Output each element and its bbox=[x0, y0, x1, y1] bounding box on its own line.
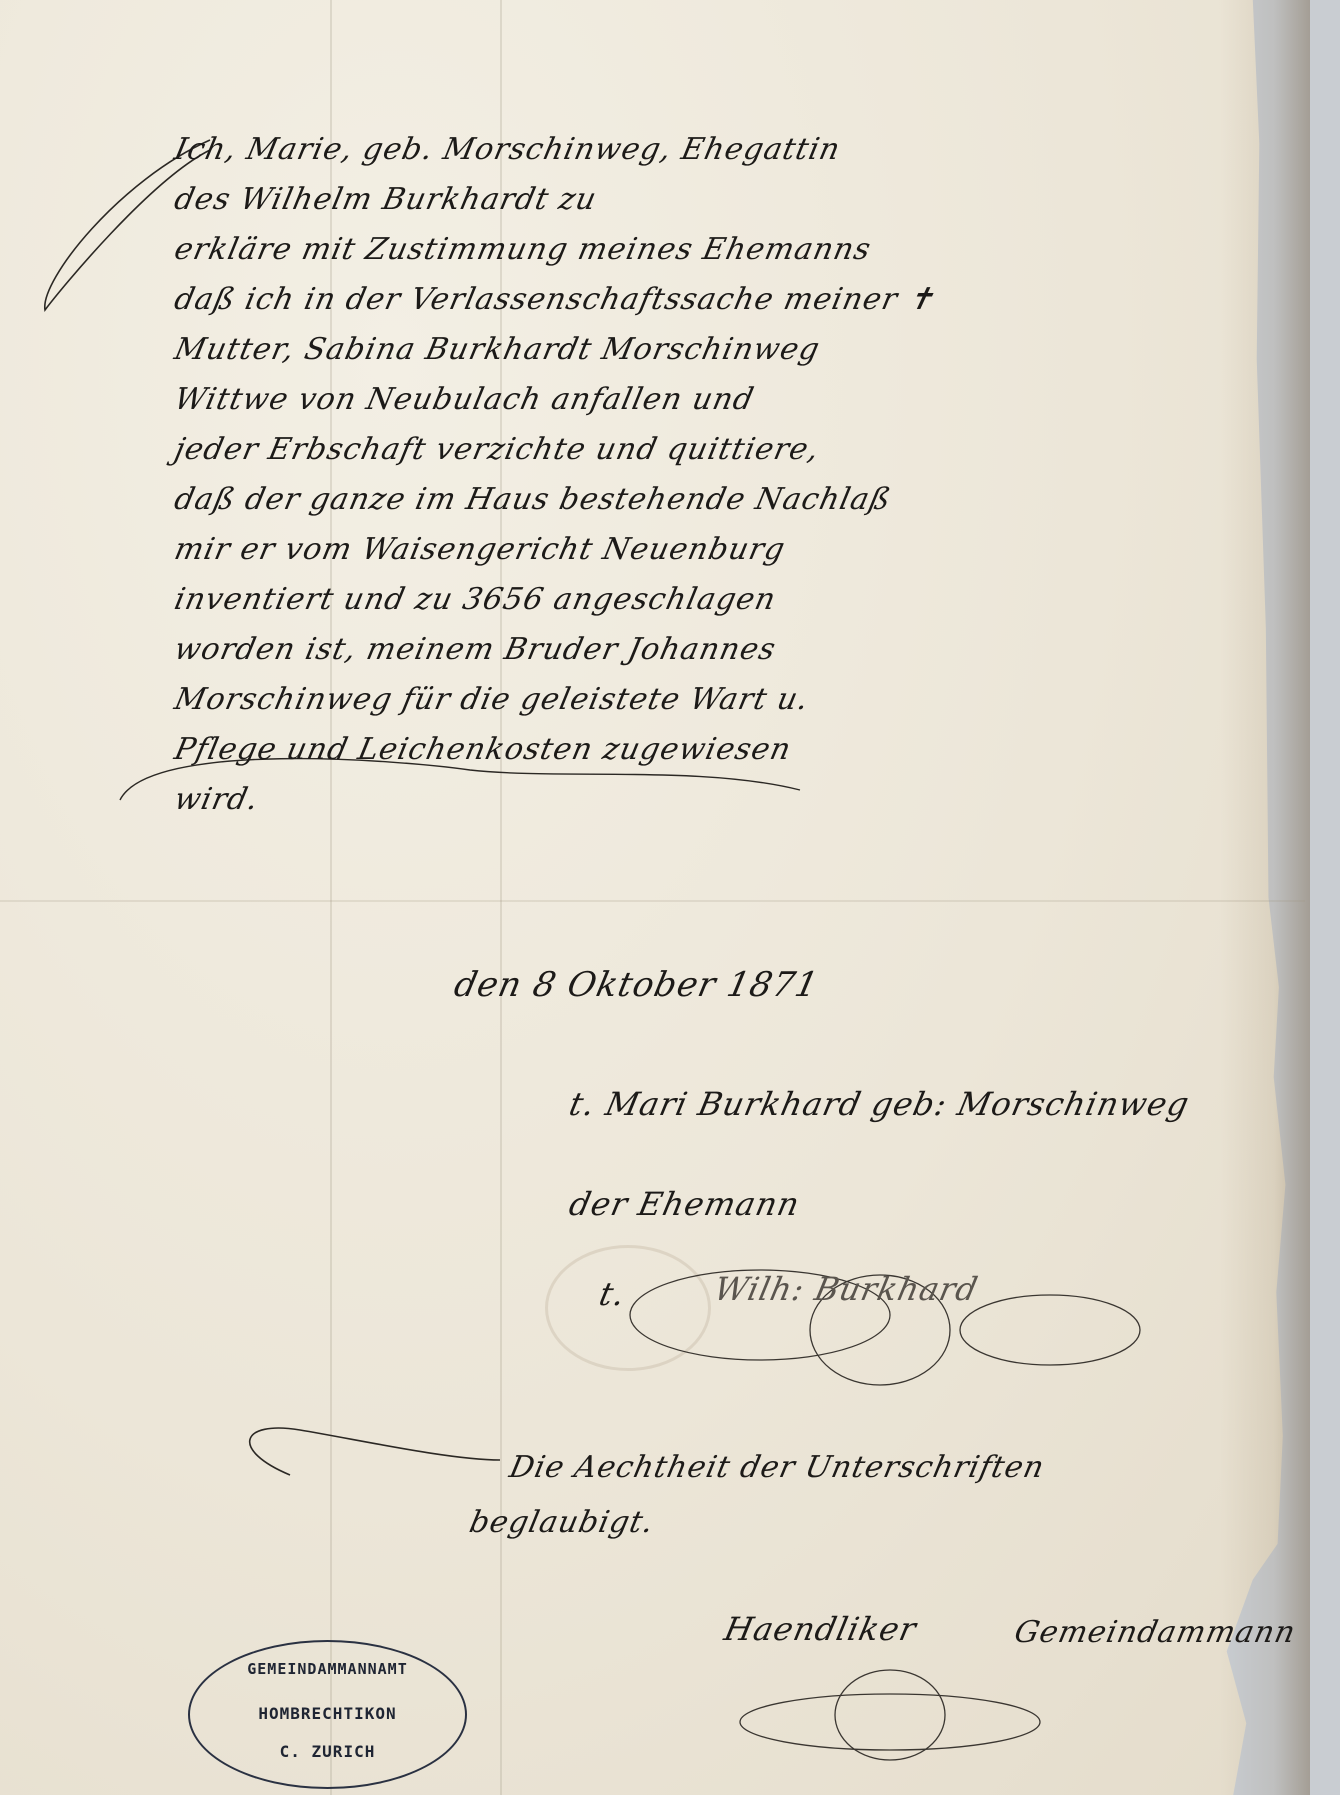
stamp-line: HOMBRECHTIKON bbox=[190, 1704, 465, 1723]
faded-stamp-impression bbox=[545, 1245, 711, 1371]
fold-line bbox=[330, 0, 332, 1795]
body-line: worden ist, meinem Bruder Johannes bbox=[171, 632, 779, 667]
certification-line: Die Aechtheit der Unterschriften bbox=[506, 1450, 1048, 1485]
body-line: Mutter, Sabina Burkhardt Morschinweg bbox=[171, 332, 823, 367]
body-line: jeder Erbschaft verzichte und quittiere, bbox=[171, 432, 822, 467]
body-line: Morschinweg für die geleistete Wart u. bbox=[171, 682, 812, 717]
body-line: mir er vom Waisengericht Neuenburg bbox=[171, 532, 788, 567]
fold-line bbox=[0, 900, 1305, 902]
body-line: Ich, Marie, geb. Morschinweg, Ehegattin bbox=[171, 132, 843, 167]
body-line: Pflege und Leichenkosten zugewiesen bbox=[171, 732, 794, 767]
municipal-stamp: GEMEINDAMMANNAMT HOMBRECHTIKON C. ZURICH bbox=[188, 1640, 467, 1789]
stamp-line: C. ZURICH bbox=[190, 1742, 465, 1761]
wife-signature: t. Mari Burkhard geb: Morschinweg bbox=[566, 1085, 1193, 1123]
body-line: daß der ganze im Haus bestehende Nachlaß bbox=[171, 482, 894, 517]
body-line: wird. bbox=[171, 782, 262, 817]
body-line: erkläre mit Zustimmung meines Ehemanns bbox=[171, 232, 874, 267]
official-title: Gemeindammann bbox=[1011, 1615, 1299, 1650]
date-line: den 8 Oktober 1871 bbox=[451, 965, 823, 1005]
husband-label: der Ehemann bbox=[566, 1185, 804, 1223]
body-line: daß ich in der Verlassenschaftssache mei… bbox=[171, 282, 938, 317]
body-line: inventiert und zu 3656 angeschlagen bbox=[171, 582, 779, 617]
husband-signature: Wilh: Burkhard bbox=[711, 1270, 982, 1308]
official-signature: Haendliker bbox=[721, 1610, 920, 1648]
stamp-line: GEMEINDAMMANNAMT bbox=[190, 1660, 465, 1678]
certification-line: beglaubigt. bbox=[466, 1505, 657, 1540]
body-line: Wittwe von Neubulach anfallen und bbox=[171, 382, 757, 417]
body-line: des Wilhelm Burkhardt zu bbox=[171, 182, 600, 217]
